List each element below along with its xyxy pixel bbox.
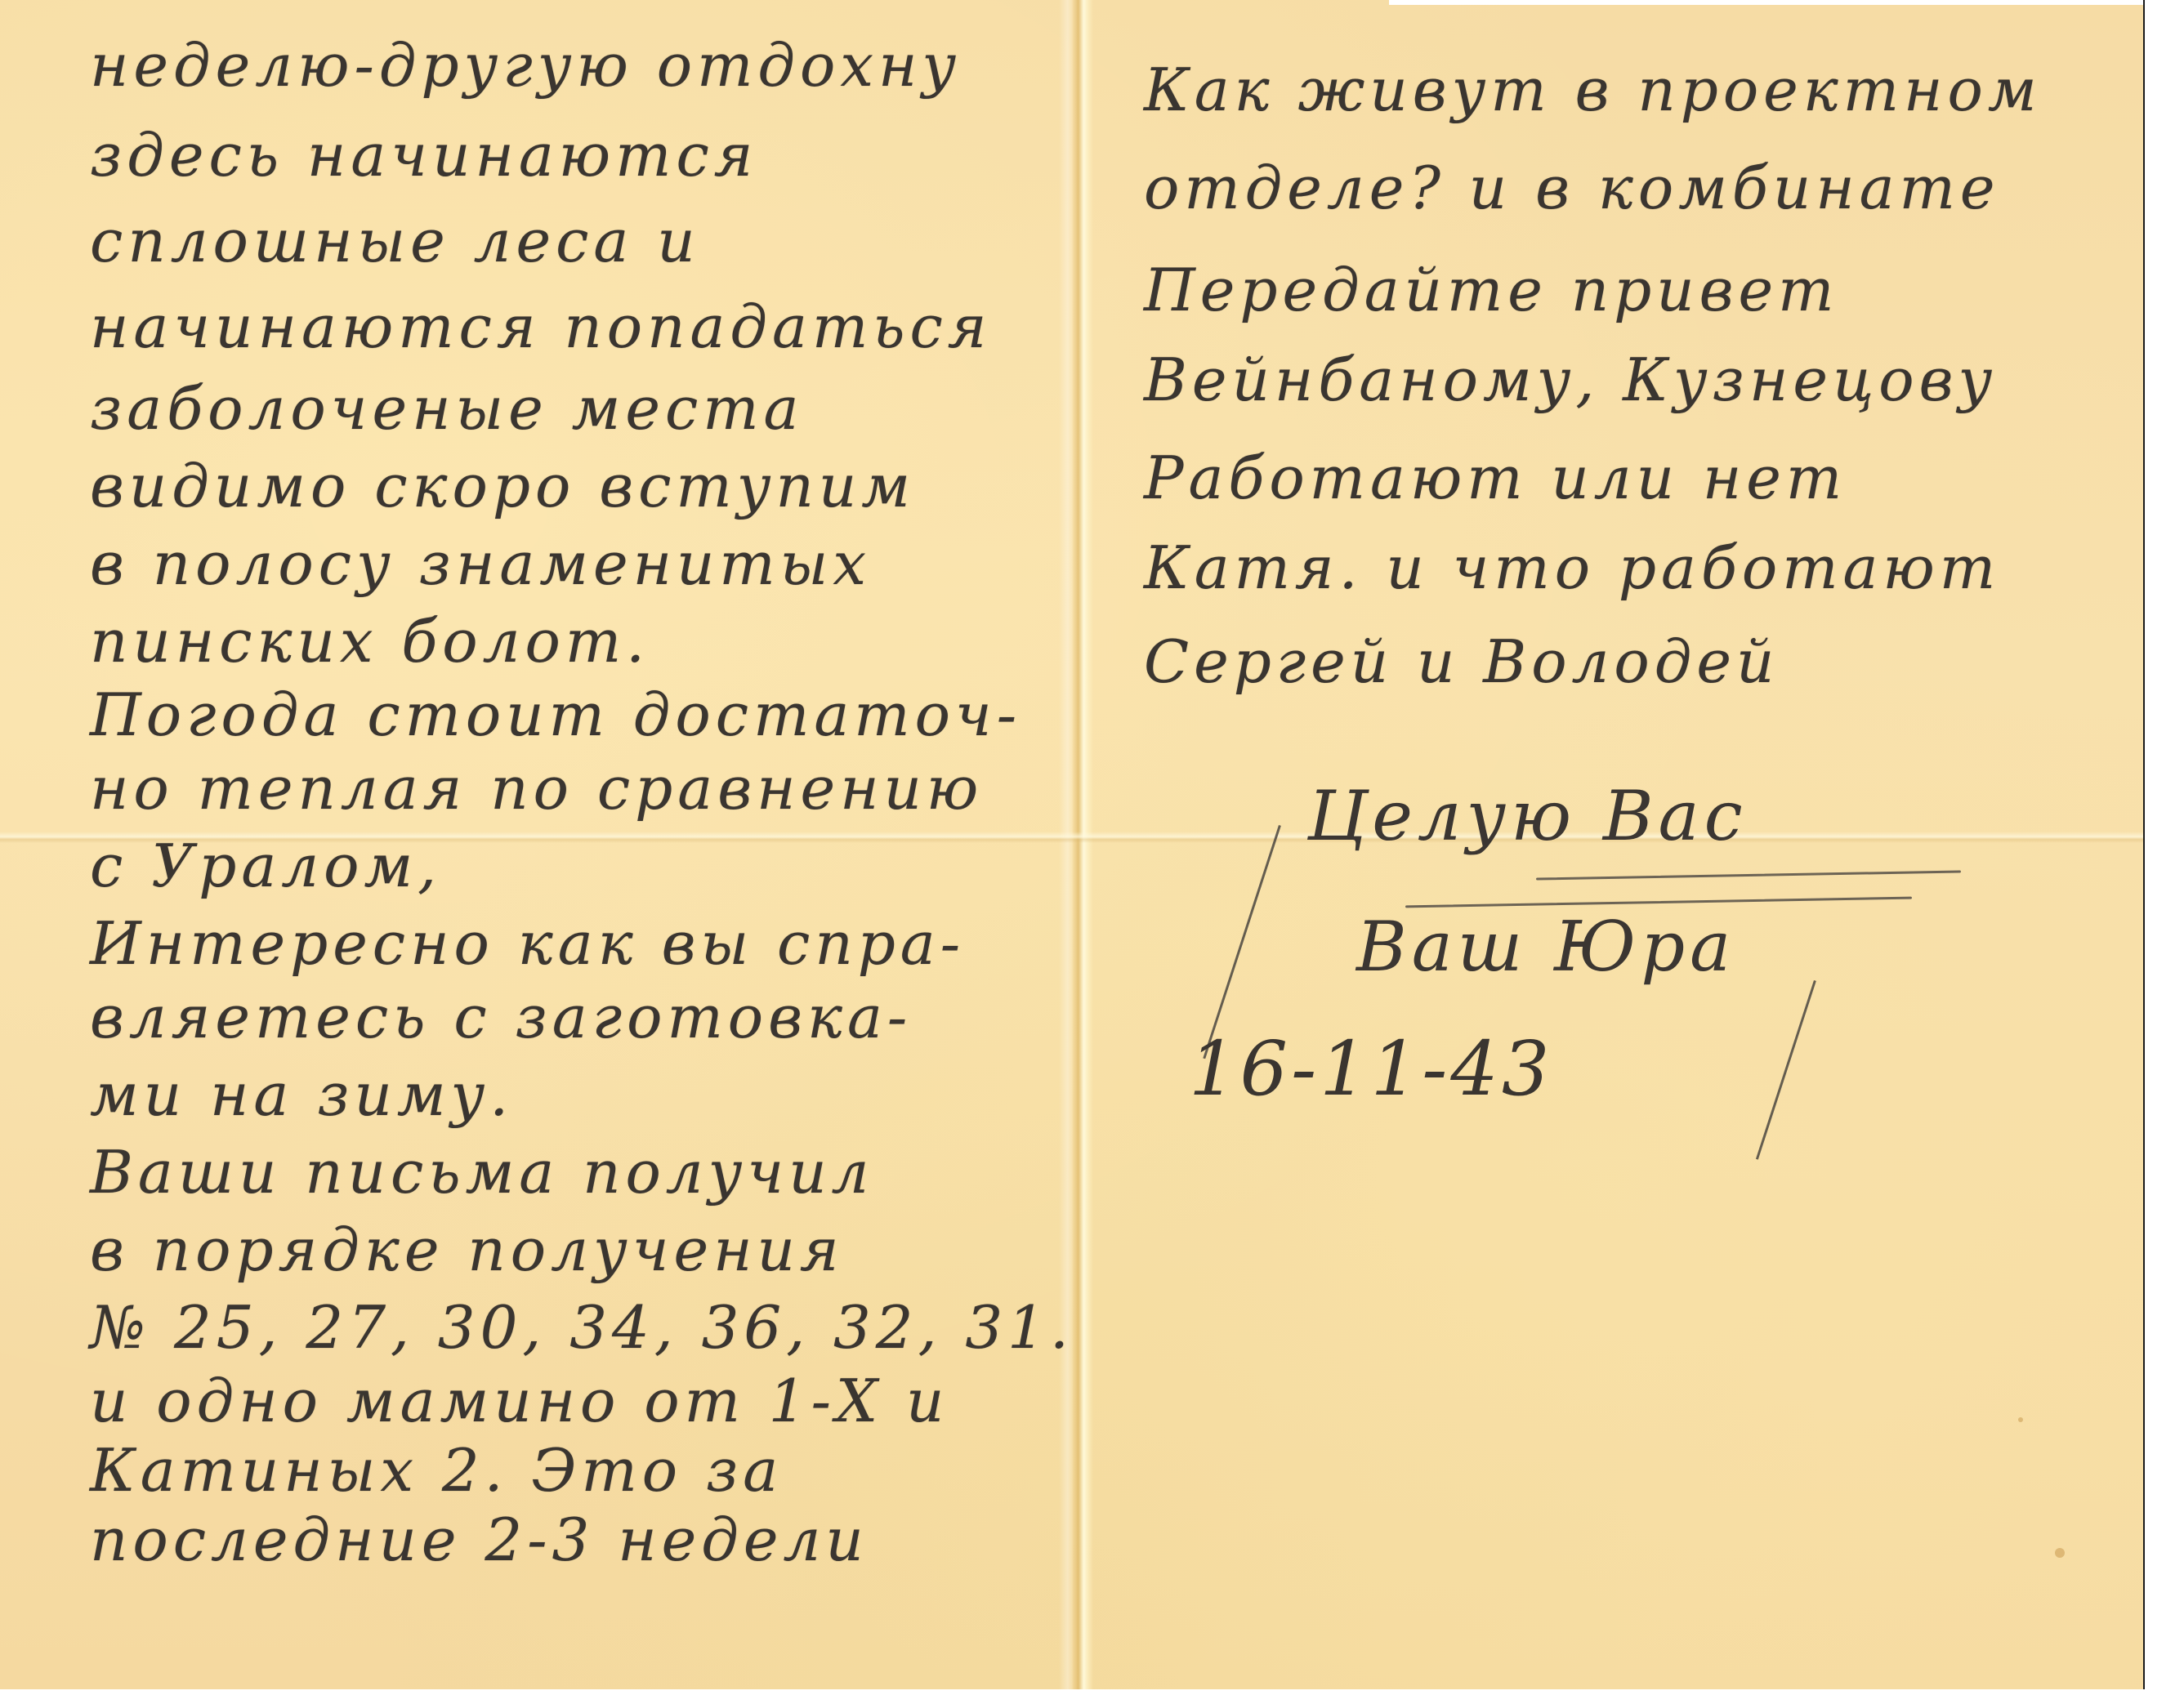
letter-line: Катя. и что работают xyxy=(1144,535,2000,600)
letter-line: пинских болот. xyxy=(90,609,650,674)
letter-line: с Уралом, xyxy=(90,833,441,899)
signature-stroke xyxy=(1756,980,1816,1160)
letter-line: неделю-другую отдохну xyxy=(90,33,961,98)
vertical-fold-crease xyxy=(1072,0,1093,1689)
letter-line: Работают или нет xyxy=(1144,445,1847,511)
letter-line: сплошные леса и xyxy=(90,208,700,274)
letter-sheet: неделю-другую отдохну здесь начинаются с… xyxy=(0,0,2145,1689)
letter-line: вляетесь с заготовка- xyxy=(90,984,912,1050)
letter-date: 16-11-43 xyxy=(1189,1025,1552,1113)
letter-line: видимо скоро вступим xyxy=(90,453,915,519)
paper-stain xyxy=(2018,1417,2023,1422)
letter-line: № 25, 27, 30, 34, 36, 32, 31. xyxy=(90,1295,1074,1360)
letter-line: Интересно как вы спра- xyxy=(90,911,965,976)
letter-line: отделе? и в комбинате xyxy=(1144,155,1999,221)
letter-line: Вейнбаному, Кузнецову xyxy=(1144,347,1997,413)
letter-line: в порядке получения xyxy=(90,1217,844,1282)
letter-line: последние 2-3 недели xyxy=(90,1507,869,1572)
letter-line: Сергей и Володей xyxy=(1144,629,1779,694)
letter-line: но теплая по сравнению xyxy=(90,756,983,821)
signature-flourish xyxy=(1536,870,1961,880)
letter-line: Погода стоит достаточ- xyxy=(90,682,1021,747)
letter-line: начинаются попадаться xyxy=(90,294,991,359)
letter-line: Катиных 2. Это за xyxy=(90,1438,783,1503)
scan-edge xyxy=(1389,0,2145,5)
letter-line: Передайте привет xyxy=(1144,257,1838,323)
letter-line: здесь начинаются xyxy=(90,123,757,188)
letter-line: в полосу знаменитых xyxy=(90,531,871,596)
letter-line: заболоченые места xyxy=(90,376,803,441)
letter-line: и одно мамино от 1-X и xyxy=(90,1368,949,1434)
letter-line: Ваши письма получил xyxy=(90,1140,873,1205)
paper-stain xyxy=(2055,1548,2065,1558)
closing-greeting: Целую Вас xyxy=(1307,776,1748,856)
letter-line: ми на зиму. xyxy=(90,1062,513,1127)
signature: Ваш Юра xyxy=(1356,907,1735,987)
signature-stroke xyxy=(1203,825,1281,1059)
letter-line: Как живут в проектном xyxy=(1144,57,2042,123)
